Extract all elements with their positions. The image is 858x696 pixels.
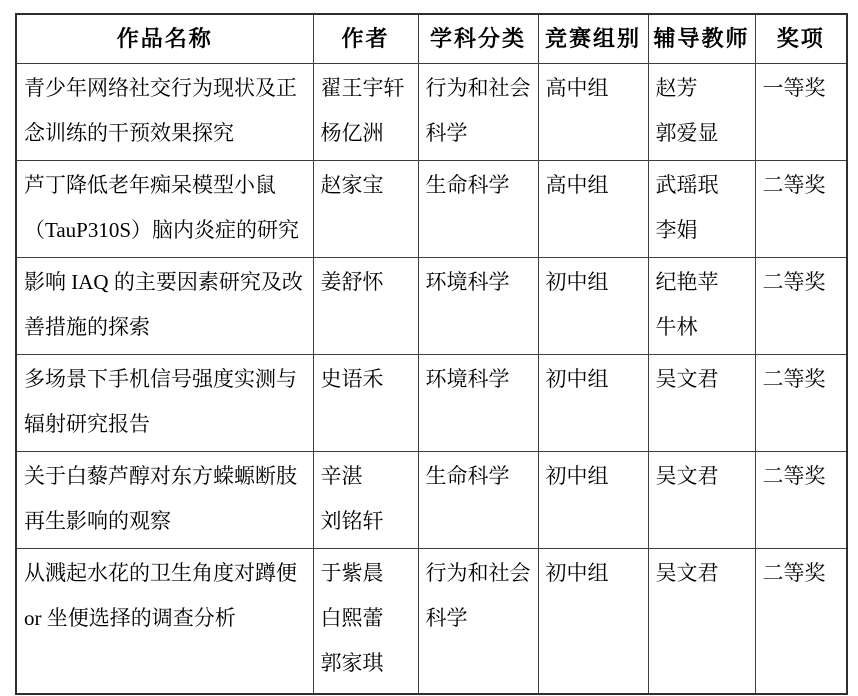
group-text: 初中组	[546, 454, 642, 499]
category-text: 生命科学	[426, 163, 532, 208]
work-title: 关于白藜芦醇对东方蝾螈断肢再生影响的观察	[24, 454, 307, 544]
award-text: 二等奖	[763, 163, 841, 208]
author-name: 翟王宇轩	[321, 66, 412, 111]
author-name: 郭家琪	[321, 641, 412, 686]
teacher-name: 武瑶珉	[656, 163, 749, 208]
cell-group: 初中组	[538, 355, 648, 452]
cell-award: 二等奖	[755, 452, 847, 549]
teacher-name: 李娟	[656, 208, 749, 253]
cell-group: 初中组	[538, 452, 648, 549]
table-row: 多场景下手机信号强度实测与辐射研究报告 史语禾 环境科学 初中组 吴文君 二等奖	[16, 355, 847, 452]
award-text: 二等奖	[763, 454, 841, 499]
work-title: 多场景下手机信号强度实测与辐射研究报告	[24, 357, 307, 447]
cell-award: 二等奖	[755, 161, 847, 258]
category-text: 环境科学	[426, 357, 532, 402]
award-text: 二等奖	[763, 551, 841, 596]
header-title: 作品名称	[16, 14, 313, 64]
cell-title: 从溅起水花的卫生角度对蹲便 or 坐便选择的调查分析	[16, 549, 313, 695]
author-name: 于紫晨	[321, 551, 412, 596]
header-category: 学科分类	[418, 14, 538, 64]
cell-title: 关于白藜芦醇对东方蝾螈断肢再生影响的观察	[16, 452, 313, 549]
teacher-name: 纪艳苹	[656, 260, 749, 305]
cell-authors: 赵家宝	[313, 161, 418, 258]
cell-authors: 翟王宇轩 杨亿洲	[313, 64, 418, 161]
work-title: 从溅起水花的卫生角度对蹲便 or 坐便选择的调查分析	[24, 551, 307, 641]
work-title: 芦丁降低老年痴呆模型小鼠（TauP310S）脑内炎症的研究	[24, 163, 307, 253]
cell-authors: 史语禾	[313, 355, 418, 452]
work-title: 青少年网络社交行为现状及正念训练的干预效果探究	[24, 66, 307, 156]
cell-teachers: 赵芳 郭爱显	[648, 64, 755, 161]
cell-title: 芦丁降低老年痴呆模型小鼠（TauP310S）脑内炎症的研究	[16, 161, 313, 258]
cell-teachers: 吴文君	[648, 452, 755, 549]
teacher-name: 吴文君	[656, 551, 749, 596]
cell-award: 一等奖	[755, 64, 847, 161]
award-text: 二等奖	[763, 260, 841, 305]
award-text: 一等奖	[763, 66, 841, 111]
cell-teachers: 武瑶珉 李娟	[648, 161, 755, 258]
group-text: 初中组	[546, 260, 642, 305]
author-name: 辛湛	[321, 454, 412, 499]
teacher-name: 吴文君	[656, 454, 749, 499]
group-text: 高中组	[546, 163, 642, 208]
cell-group: 初中组	[538, 549, 648, 695]
table-row: 青少年网络社交行为现状及正念训练的干预效果探究 翟王宇轩 杨亿洲 行为和社会科学…	[16, 64, 847, 161]
teacher-name: 牛林	[656, 305, 749, 350]
category-text: 行为和社会科学	[426, 66, 532, 156]
header-award: 奖项	[755, 14, 847, 64]
cell-title: 多场景下手机信号强度实测与辐射研究报告	[16, 355, 313, 452]
document-page: 作品名称 作者 学科分类 竞赛组别 辅导教师 奖项 青少年网络社交行为现状及正念…	[0, 0, 858, 696]
table-row: 从溅起水花的卫生角度对蹲便 or 坐便选择的调查分析 于紫晨 白熙蕾 郭家琪 行…	[16, 549, 847, 695]
cell-teachers: 纪艳苹 牛林	[648, 258, 755, 355]
author-name: 史语禾	[321, 357, 412, 402]
table-row: 影响 IAQ 的主要因素研究及改善措施的探索 姜舒怀 环境科学 初中组 纪艳苹 …	[16, 258, 847, 355]
header-author: 作者	[313, 14, 418, 64]
cell-group: 初中组	[538, 258, 648, 355]
award-text: 二等奖	[763, 357, 841, 402]
group-text: 高中组	[546, 66, 642, 111]
cell-authors: 姜舒怀	[313, 258, 418, 355]
cell-title: 青少年网络社交行为现状及正念训练的干预效果探究	[16, 64, 313, 161]
teacher-name: 郭爱显	[656, 111, 749, 156]
teacher-name: 赵芳	[656, 66, 749, 111]
teacher-name: 吴文君	[656, 357, 749, 402]
awards-table: 作品名称 作者 学科分类 竞赛组别 辅导教师 奖项 青少年网络社交行为现状及正念…	[15, 13, 848, 695]
category-text: 环境科学	[426, 260, 532, 305]
table-header-row: 作品名称 作者 学科分类 竞赛组别 辅导教师 奖项	[16, 14, 847, 64]
cell-category: 行为和社会科学	[418, 64, 538, 161]
header-teacher: 辅导教师	[648, 14, 755, 64]
author-name: 赵家宝	[321, 163, 412, 208]
author-name: 刘铭轩	[321, 499, 412, 544]
cell-category: 生命科学	[418, 452, 538, 549]
cell-group: 高中组	[538, 161, 648, 258]
table-row: 芦丁降低老年痴呆模型小鼠（TauP310S）脑内炎症的研究 赵家宝 生命科学 高…	[16, 161, 847, 258]
cell-teachers: 吴文君	[648, 355, 755, 452]
group-text: 初中组	[546, 357, 642, 402]
cell-group: 高中组	[538, 64, 648, 161]
cell-title: 影响 IAQ 的主要因素研究及改善措施的探索	[16, 258, 313, 355]
cell-award: 二等奖	[755, 258, 847, 355]
work-title: 影响 IAQ 的主要因素研究及改善措施的探索	[24, 260, 307, 350]
author-name: 杨亿洲	[321, 111, 412, 156]
cell-authors: 于紫晨 白熙蕾 郭家琪	[313, 549, 418, 695]
category-text: 行为和社会科学	[426, 551, 532, 641]
cell-category: 生命科学	[418, 161, 538, 258]
cell-category: 环境科学	[418, 355, 538, 452]
author-name: 白熙蕾	[321, 596, 412, 641]
cell-category: 环境科学	[418, 258, 538, 355]
group-text: 初中组	[546, 551, 642, 596]
cell-teachers: 吴文君	[648, 549, 755, 695]
cell-authors: 辛湛 刘铭轩	[313, 452, 418, 549]
category-text: 生命科学	[426, 454, 532, 499]
cell-category: 行为和社会科学	[418, 549, 538, 695]
cell-award: 二等奖	[755, 549, 847, 695]
author-name: 姜舒怀	[321, 260, 412, 305]
cell-award: 二等奖	[755, 355, 847, 452]
table-row: 关于白藜芦醇对东方蝾螈断肢再生影响的观察 辛湛 刘铭轩 生命科学 初中组 吴文君…	[16, 452, 847, 549]
header-group: 竞赛组别	[538, 14, 648, 64]
